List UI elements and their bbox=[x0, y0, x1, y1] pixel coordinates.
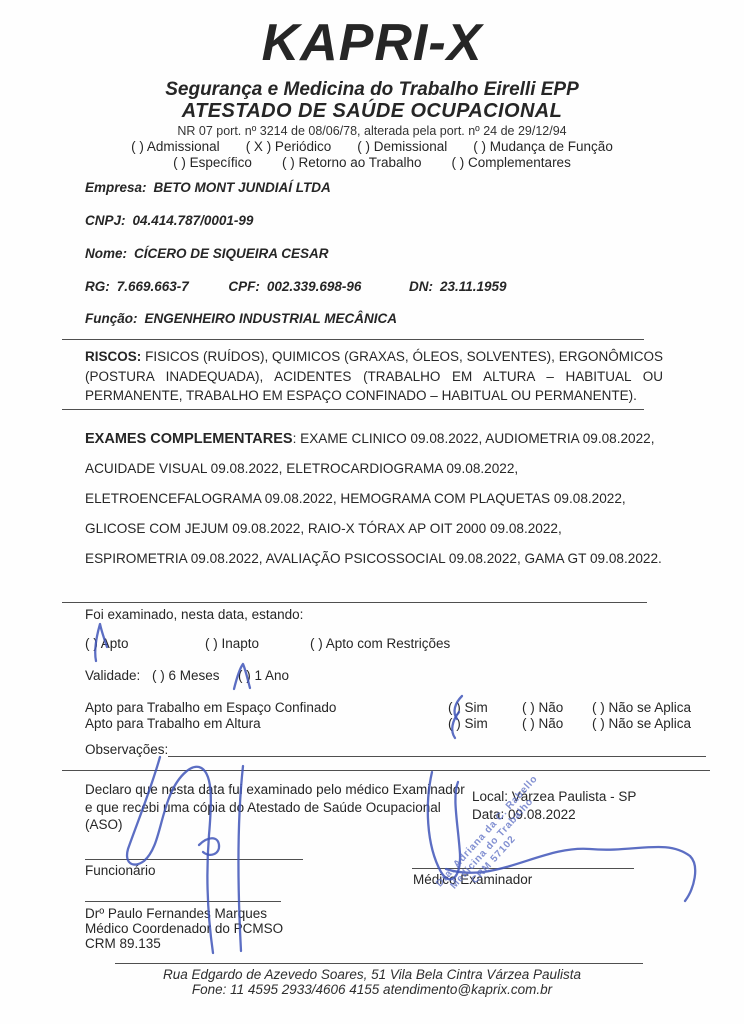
exam-type-periodico: ( X ) Periódico bbox=[246, 139, 332, 154]
nome-value: CÍCERO DE SIQUEIRA CESAR bbox=[134, 246, 329, 261]
empresa-value: BETO MONT JUNDIAÍ LTDA bbox=[154, 180, 331, 195]
data-value: 09.08.2022 bbox=[508, 807, 576, 822]
observacoes-blank-line bbox=[168, 742, 706, 757]
apt-confinado-nao: ( ) Não bbox=[522, 700, 563, 715]
validade-option-1ano: ( ) 1 Ano bbox=[238, 668, 289, 683]
cnpj-value: 04.414.787/0001-99 bbox=[133, 213, 254, 228]
riscos-label: RISCOS: bbox=[85, 349, 141, 364]
rg-label: RG: bbox=[85, 279, 110, 294]
status-option-apto: ( ) Apto bbox=[85, 636, 129, 651]
doctor-block-line bbox=[85, 901, 281, 902]
apt-confinado-nao-aplica: ( ) Não se Aplica bbox=[592, 700, 691, 715]
observacoes-label: Observações: bbox=[85, 742, 168, 757]
signature-line-funcionario bbox=[85, 859, 303, 860]
apt-altura-nao: ( ) Não bbox=[522, 716, 563, 731]
exam-type-mudanca-funcao: ( ) Mudança de Função bbox=[473, 139, 613, 154]
aso-scanned-document: KAPRI-X Segurança e Medicina do Trabalho… bbox=[0, 0, 744, 1024]
exam-type-retorno: ( ) Retorno ao Trabalho bbox=[282, 155, 422, 170]
examination-intro: Foi examinado, nesta data, estando: bbox=[85, 607, 303, 622]
footer-address: Rua Edgardo de Azevedo Soares, 51 Vila B… bbox=[0, 967, 744, 982]
doctor-role: Médico Coordenador do PCMSO bbox=[85, 921, 283, 937]
cpf-value: 002.339.698-96 bbox=[267, 279, 362, 294]
exam-type-row-2: ( ) Específico ( ) Retorno ao Trabalho (… bbox=[0, 155, 744, 170]
exames-section: EXAMES COMPLEMENTARES: EXAME CLINICO 09.… bbox=[85, 424, 665, 574]
exam-type-especifico: ( ) Específico bbox=[173, 155, 252, 170]
apt-row-label-confinado: Apto para Trabalho em Espaço Confinado bbox=[85, 700, 336, 715]
exam-type-demissional: ( ) Demissional bbox=[357, 139, 447, 154]
divider-above-riscos bbox=[62, 339, 644, 340]
divider-below-riscos bbox=[62, 409, 644, 410]
data-field: Data: 09.08.2022 bbox=[472, 807, 576, 822]
nome-label: Nome: bbox=[85, 246, 127, 261]
apt-altura-sim: ( ) Sim bbox=[448, 716, 488, 731]
doctor-name: Drº Paulo Fernandes Marques bbox=[85, 906, 267, 922]
data-label: Data: bbox=[472, 807, 504, 822]
cnpj-field: CNPJ:04.414.787/0001-99 bbox=[85, 213, 253, 228]
validade-label: Validade: bbox=[85, 668, 140, 683]
empresa-label: Empresa: bbox=[85, 180, 147, 195]
exames-label: EXAMES COMPLEMENTARES bbox=[85, 431, 293, 447]
divider-above-examination bbox=[62, 602, 647, 603]
rg-cpf-dn-row: RG:7.669.663-7 CPF:002.339.698-96 DN:23.… bbox=[85, 279, 507, 294]
exam-type-row-1: ( ) Admissional ( X ) Periódico ( ) Demi… bbox=[0, 139, 744, 154]
doctor-crm: CRM 89.135 bbox=[85, 936, 161, 952]
declaration-text: Declaro que nesta data fui examinado pel… bbox=[85, 781, 467, 834]
document-title: ATESTADO DE SAÚDE OCUPACIONAL bbox=[0, 100, 744, 123]
apt-confinado-sim: ( ) Sim bbox=[448, 700, 488, 715]
funcao-value: ENGENHEIRO INDUSTRIAL MECÂNICA bbox=[145, 311, 398, 326]
apt-row-label-altura: Apto para Trabalho em Altura bbox=[85, 716, 261, 731]
funcao-field: Função:ENGENHEIRO INDUSTRIAL MECÂNICA bbox=[85, 311, 397, 326]
nome-field: Nome:CÍCERO DE SIQUEIRA CESAR bbox=[85, 246, 329, 261]
validade-option-6meses: ( ) 6 Meses bbox=[152, 668, 220, 683]
local-value: Várzea Paulista - SP bbox=[512, 789, 637, 804]
exam-type-admissional: ( ) Admissional bbox=[131, 139, 220, 154]
riscos-text: FISICOS (RUÍDOS), QUIMICOS (GRAXAS, ÓLEO… bbox=[85, 349, 663, 403]
company-subtitle: Segurança e Medicina do Trabalho Eirelli… bbox=[0, 79, 744, 101]
signature-label-medico: Médico Examinador bbox=[413, 872, 532, 887]
dn-value: 23.11.1959 bbox=[440, 279, 507, 294]
apt-altura-nao-aplica: ( ) Não se Aplica bbox=[592, 716, 691, 731]
divider-above-declaration bbox=[62, 770, 710, 771]
footer-phone: Fone: 11 4595 2933/4606 4155 atendimento… bbox=[0, 982, 744, 997]
signature-label-funcionario: Funcionário bbox=[85, 863, 156, 878]
local-label: Local: bbox=[472, 789, 508, 804]
empresa-field: Empresa:BETO MONT JUNDIAÍ LTDA bbox=[85, 180, 331, 195]
signature-line-medico bbox=[412, 868, 634, 869]
regulation-line: NR 07 port. nº 3214 de 08/06/78, alterad… bbox=[0, 124, 744, 138]
cpf-label: CPF: bbox=[228, 279, 260, 294]
funcao-label: Função: bbox=[85, 311, 138, 326]
exam-type-complementares: ( ) Complementares bbox=[452, 155, 571, 170]
brand-title: KAPRI-X bbox=[0, 14, 744, 72]
exames-text: : EXAME CLINICO 09.08.2022, AUDIOMETRIA … bbox=[85, 431, 662, 566]
riscos-section: RISCOS: FISICOS (RUÍDOS), QUIMICOS (GRAX… bbox=[85, 347, 663, 406]
rg-value: 7.669.663-7 bbox=[117, 279, 189, 294]
local-field: Local: Várzea Paulista - SP bbox=[472, 789, 636, 804]
status-option-inapto: ( ) Inapto bbox=[205, 636, 259, 651]
status-option-restricoes: ( ) Apto com Restrições bbox=[310, 636, 450, 651]
dn-label: DN: bbox=[409, 279, 433, 294]
cnpj-label: CNPJ: bbox=[85, 213, 126, 228]
footer-divider bbox=[115, 963, 643, 964]
